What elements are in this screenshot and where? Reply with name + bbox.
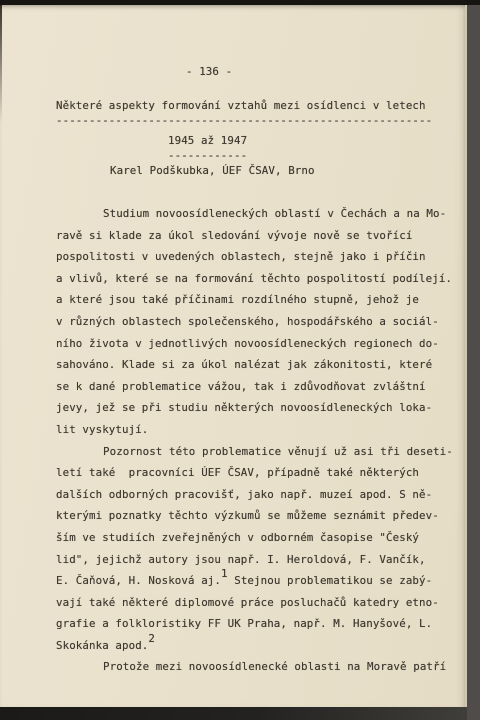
body-line: ším ve studiích zveřejněných v odborném … <box>56 527 456 549</box>
article-body: Studium novoosídleneckých oblastí v Čech… <box>56 203 456 678</box>
body-text-segment: se k dané problematice vážou, tak i zdův… <box>56 380 426 393</box>
article-title: Některé aspekty formování vztahů mezi os… <box>56 99 432 112</box>
body-text-segment: Stejnou problematikou se zabý- <box>228 574 433 587</box>
scan-left-edge <box>0 5 2 123</box>
footnote-marker: 2 <box>148 632 155 645</box>
body-text-segment: ším ve studiích zveřejněných v odborném … <box>56 531 419 544</box>
body-text-segment: ravě si klade za úkol sledování vývoje n… <box>56 229 412 242</box>
body-text-segment: ního života v jednotlivých novoosídlenec… <box>56 337 439 350</box>
body-text-segment: Skokánka apod. <box>56 639 148 652</box>
body-line: Pozornost této problematice věnují už as… <box>56 441 456 463</box>
body-line: E. Čaňová, H. Nosková aj.1 Stejnou probl… <box>56 570 456 592</box>
body-line: Skokánka apod.2 <box>56 635 456 657</box>
body-text-segment: lid", jejichž autory jsou např. I. Herol… <box>56 553 426 566</box>
body-line: grafie a folkloristiky FF UK Praha, např… <box>56 613 456 635</box>
body-line: lid", jejichž autory jsou např. I. Herol… <box>56 549 456 571</box>
body-text-segment: sahováno. Klade si za úkol nalézat jak z… <box>56 358 432 371</box>
body-text-segment: E. Čaňová, H. Nosková aj. <box>56 574 221 587</box>
body-line: jevy, jež se při studiu některých novoos… <box>56 397 456 419</box>
article-heading: Některé aspekty formování vztahů mezi os… <box>56 99 432 127</box>
body-text-segment: lit vyskytují. <box>56 423 148 436</box>
author-line: Karel Podškubka, ÚEF ČSAV, Brno <box>110 164 315 177</box>
body-text-segment: Protože mezi novoosídlenecké oblasti na … <box>103 660 446 673</box>
page-number: - 136 - <box>186 65 232 78</box>
body-text-segment: grafie a folkloristiky FF UK Praha, např… <box>56 617 432 630</box>
body-text-segment: Pozornost této problematice věnují už as… <box>103 445 453 458</box>
body-line: a vlivů, které se na formování těchto po… <box>56 268 456 290</box>
document-page: - 136 - Některé aspekty formování vztahů… <box>0 5 467 707</box>
body-text-segment: letí také pracovníci ÚEF ČSAV, případně … <box>56 466 419 479</box>
body-text-segment: pospolitosti v uvedených oblastech, stej… <box>56 250 426 263</box>
scan-top-shadow <box>0 0 480 5</box>
body-line: sahováno. Klade si za úkol nalézat jak z… <box>56 354 456 376</box>
body-text-segment: dalších odborných pracovišť, jako např. … <box>56 488 432 501</box>
body-text-segment: kterými poznatky těchto výzkumů se můžem… <box>56 509 439 522</box>
body-text-segment: vají také některé diplomové práce posluc… <box>56 596 439 609</box>
title-underline: ----------------------------------------… <box>56 114 432 127</box>
body-text-segment: v různých oblastech společenského, hospo… <box>56 315 439 328</box>
body-text-segment: a které jsou také příčinami rozdílného s… <box>56 293 419 306</box>
body-text-segment: a vlivů, které se na formování těchto po… <box>56 272 452 285</box>
body-text-segment: jevy, jež se při studiu některých novoos… <box>56 401 432 414</box>
scan-right-backdrop <box>467 0 480 720</box>
body-line: ního života v jednotlivých novoosídlenec… <box>56 333 456 355</box>
scan-bottom-shadow <box>0 707 467 720</box>
body-line: ravě si klade za úkol sledování vývoje n… <box>56 225 456 247</box>
subtitle-underline: ------------ <box>168 149 247 162</box>
body-line: kterými poznatky těchto výzkumů se můžem… <box>56 505 456 527</box>
body-line: Studium novoosídleneckých oblastí v Čech… <box>56 203 456 225</box>
body-line: letí také pracovníci ÚEF ČSAV, případně … <box>56 462 456 484</box>
body-line: dalších odborných pracovišť, jako např. … <box>56 484 456 506</box>
article-subtitle: 1945 až 1947 <box>168 134 247 147</box>
body-line: Protože mezi novoosídlenecké oblasti na … <box>56 656 456 678</box>
body-text-segment: Studium novoosídleneckých oblastí v Čech… <box>103 207 446 220</box>
body-line: se k dané problematice vážou, tak i zdův… <box>56 376 456 398</box>
body-line: a které jsou také příčinami rozdílného s… <box>56 289 456 311</box>
body-line: v různých oblastech společenského, hospo… <box>56 311 456 333</box>
body-line: pospolitosti v uvedených oblastech, stej… <box>56 246 456 268</box>
article-subtitle-block: 1945 až 1947 ------------ <box>168 134 247 162</box>
body-line: lit vyskytují. <box>56 419 456 441</box>
body-line: vají také některé diplomové práce posluc… <box>56 592 456 614</box>
footnote-marker: 1 <box>221 567 228 580</box>
